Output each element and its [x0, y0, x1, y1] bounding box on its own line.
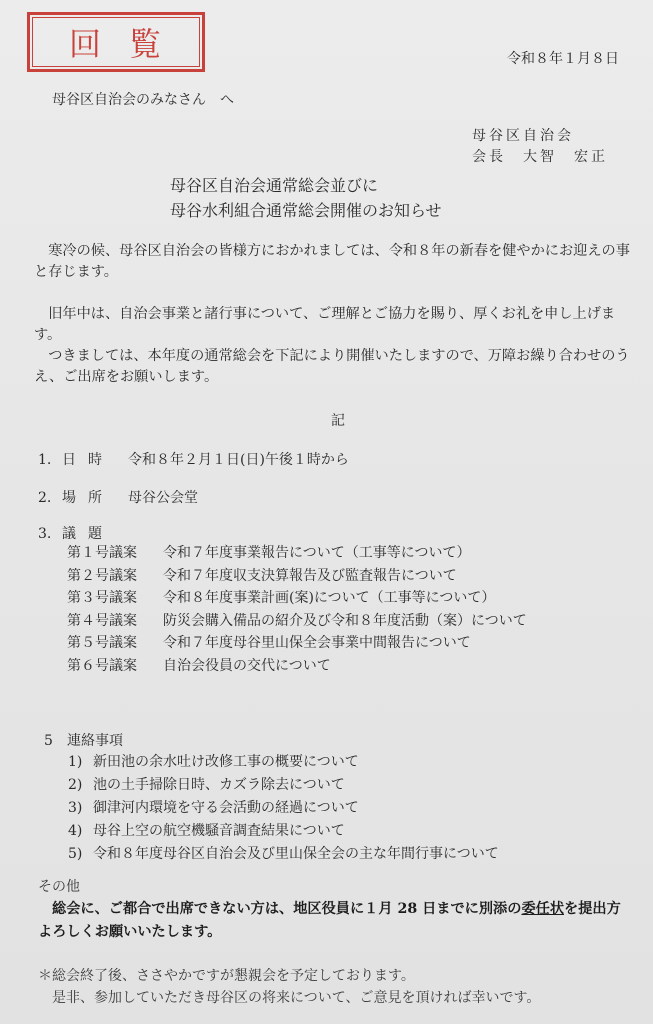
sender-name: 会長 大智 宏正: [472, 147, 608, 168]
agenda-number: 第３号議案: [67, 587, 163, 610]
renraku-item-number: 2): [68, 774, 93, 797]
agenda-item: 第１号議案令和７年度事業報告について（工事等について）: [67, 542, 527, 565]
agenda-item: 第６号議案自治会役員の交代について: [67, 655, 527, 678]
item-agenda-heading: 3.議題: [38, 523, 128, 543]
agenda-item: 第５号議案令和７年度母谷里山保全会事業中間報告について: [67, 632, 527, 655]
agenda-item: 第３号議案令和８年度事業計画(案)について（工事等について）: [67, 587, 527, 610]
item-place: 2.場所母谷公会堂: [38, 487, 198, 507]
renraku-item-text: 令和８年度母谷区自治会及び里山保全会の主な年間行事について: [93, 846, 499, 862]
renraku-item-number: 4): [68, 820, 93, 843]
renraku-item-number: 1): [68, 751, 93, 774]
title-line-2: 母谷水利組合通常総会開催のお知らせ: [170, 198, 442, 223]
renraku-item-number: 5): [68, 843, 93, 866]
issue-date: 令和８年１月８日: [507, 48, 619, 68]
renraku-item-text: 母谷上空の航空機騒音調査結果について: [93, 823, 345, 839]
renraku-heading: 5連絡事項: [44, 730, 123, 750]
agenda-list: 第１号議案令和７年度事業報告について（工事等について） 第２号議案令和７年度収支…: [67, 542, 527, 677]
agenda-item: 第２号議案令和７年度収支決算報告及び監査報告について: [67, 565, 527, 588]
proxy-notice: 総会に、ご都合で出席できない方は、地区役員に１月 28 日までに別添の委任状を提…: [38, 898, 628, 944]
sender-org: 母谷区自治会: [472, 126, 608, 147]
renraku-number: 5: [44, 733, 67, 749]
stamp-char-2: 覧: [129, 19, 163, 65]
renraku-list: 1)新田池の余水吐け改修工事の概要について 2)池の土手掃除日時、カズラ除去につ…: [68, 751, 499, 866]
item-label: 日時: [62, 449, 114, 469]
proxy-form-term: 委任状: [521, 901, 564, 917]
agenda-number: 第１号議案: [67, 542, 163, 565]
item-number: 3.: [38, 526, 62, 542]
item-label: 場所: [62, 487, 114, 507]
proxy-notice-text: 総会に、ご都合で出席できない方は、地区役員に１月 28 日までに別添の: [52, 901, 521, 917]
renraku-item: 4)母谷上空の航空機騒音調査結果について: [68, 820, 499, 843]
document-title: 母谷区自治会通常総会並びに 母谷水利組合通常総会開催のお知らせ: [170, 173, 442, 223]
renraku-item-number: 3): [68, 797, 93, 820]
social-gathering-note: ＊総会終了後、ささやかですが懇親会を予定しております。 是非、参加していただき母…: [38, 965, 540, 1009]
agenda-text: 令和７年度収支決算報告及び監査報告について: [163, 568, 457, 584]
sender-block: 母谷区自治会 会長 大智 宏正: [472, 126, 608, 168]
item-label: 議題: [62, 523, 114, 543]
item-value: 母谷公会堂: [128, 490, 198, 506]
renraku-item-text: 御津河内環境を守る会活動の経過について: [93, 800, 359, 816]
agenda-number: 第４号議案: [67, 610, 163, 633]
renraku-title: 連絡事項: [67, 733, 123, 749]
thanks-paragraph: 旧年中は、自治会事業と諸行事について、ご理解とご協力を賜り、厚くお礼を申し上げま…: [34, 304, 634, 346]
renraku-item: 2)池の土手掃除日時、カズラ除去について: [68, 774, 499, 797]
addressee: 母谷区自治会のみなさん へ: [52, 89, 234, 109]
agenda-text: 自治会役員の交代について: [163, 658, 331, 674]
item-number: 2.: [38, 490, 62, 506]
item-value: 令和８年２月１日(日)午後１時から: [128, 452, 349, 468]
agenda-text: 令和７年度母谷里山保全会事業中間報告について: [163, 635, 471, 651]
circular-notice-document: 回 覧 令和８年１月８日 母谷区自治会のみなさん へ 母谷区自治会 会長 大智 …: [0, 0, 653, 1024]
greeting-paragraph: 寒冷の候、母谷区自治会の皆様方におかれましては、令和８年の新春を健やかにお迎えの…: [34, 241, 634, 283]
agenda-number: 第６号議案: [67, 655, 163, 678]
renraku-item-text: 池の土手掃除日時、カズラ除去について: [93, 777, 345, 793]
renraku-item: 3)御津河内環境を守る会活動の経過について: [68, 797, 499, 820]
agenda-item: 第４号議案防災会購入備品の紹介及び令和８年度活動（案）について: [67, 610, 527, 633]
stamp-char-1: 回: [69, 19, 103, 65]
agenda-text: 令和８年度事業計画(案)について（工事等について）: [163, 590, 495, 606]
sonota-heading: その他: [38, 876, 80, 896]
agenda-number: 第５号議案: [67, 632, 163, 655]
ki-heading: 記: [331, 410, 345, 430]
renraku-item: 5)令和８年度母谷区自治会及び里山保全会の主な年間行事について: [68, 843, 499, 866]
title-line-1: 母谷区自治会通常総会並びに: [170, 173, 442, 198]
agenda-text: 防災会購入備品の紹介及び令和８年度活動（案）について: [163, 613, 527, 629]
renraku-item: 1)新田池の余水吐け改修工事の概要について: [68, 751, 499, 774]
kairan-stamp: 回 覧: [27, 12, 205, 72]
renraku-item-text: 新田池の余水吐け改修工事の概要について: [93, 754, 359, 770]
agenda-text: 令和７年度事業報告について（工事等について）: [163, 545, 470, 561]
invitation-paragraph: つきましては、本年度の通常総会を下記により開催いたしますので、万障お繰り合わせの…: [34, 346, 634, 388]
note-line-2: 是非、参加していただき母谷区の将来について、ご意見を頂ければ幸いです。: [38, 987, 540, 1009]
item-datetime: 1.日時令和８年２月１日(日)午後１時から: [38, 449, 349, 469]
agenda-number: 第２号議案: [67, 565, 163, 588]
note-line-1: ＊総会終了後、ささやかですが懇親会を予定しております。: [38, 965, 540, 987]
item-number: 1.: [38, 452, 62, 468]
